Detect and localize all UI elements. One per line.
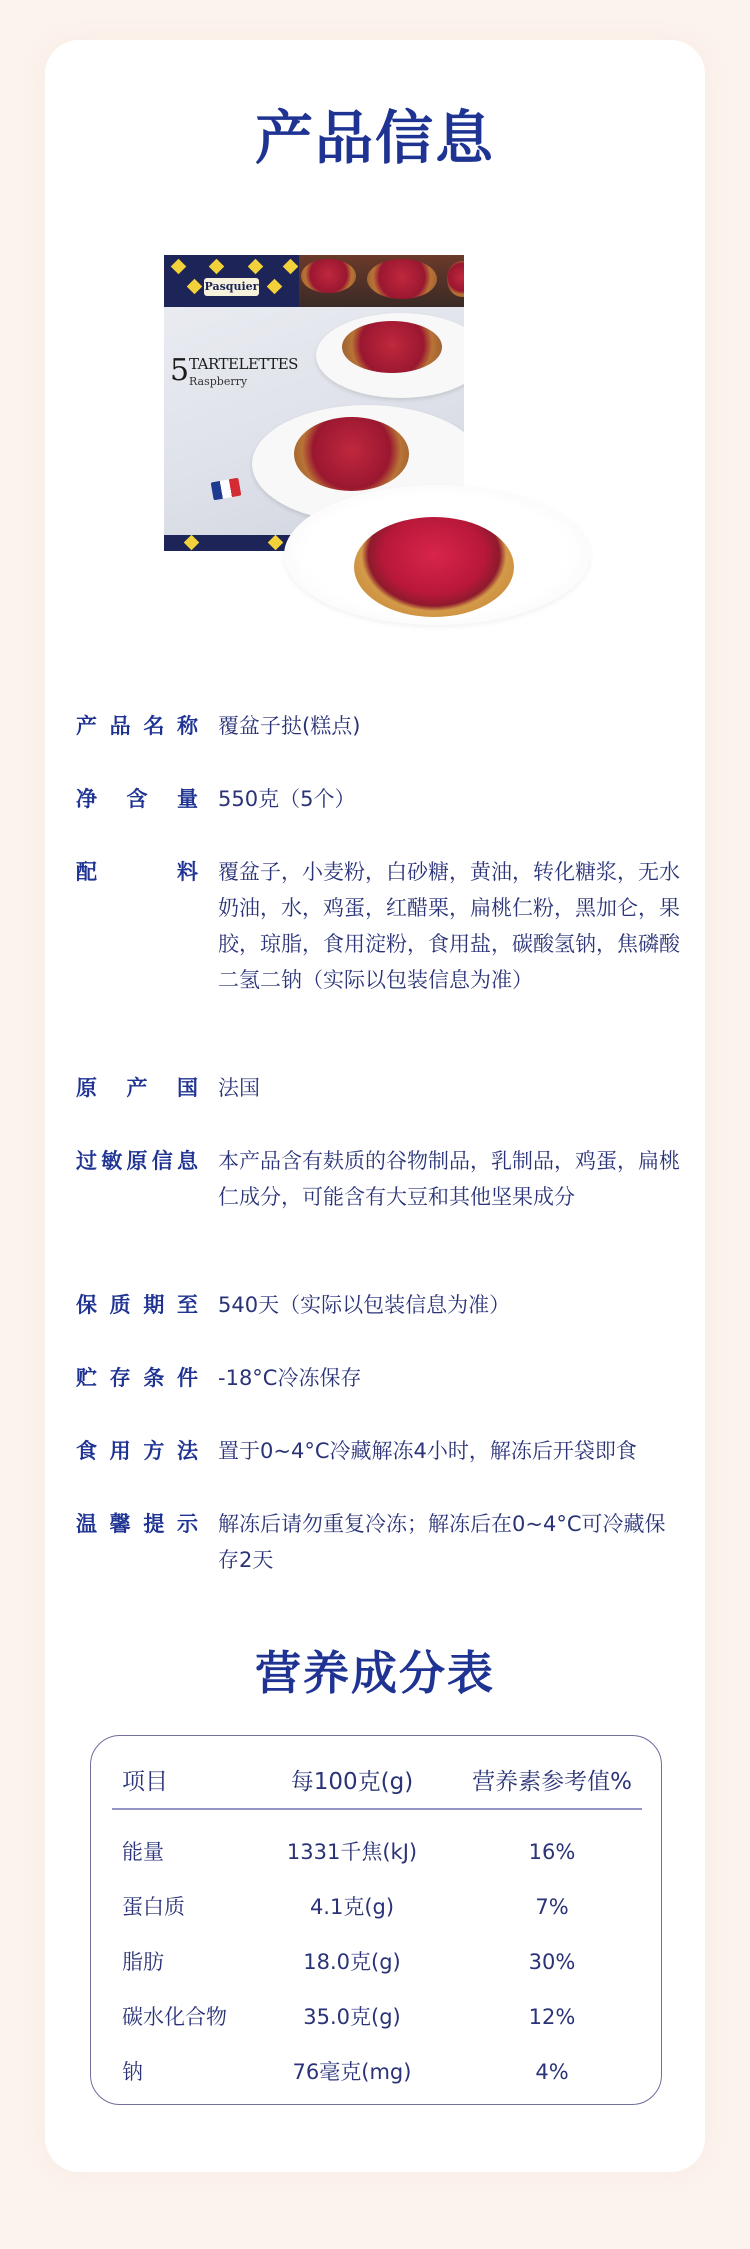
tart-image [367,259,437,299]
info-row-shelf-life: 保质期至 540天（实际以包装信息为准） [76,1287,686,1323]
nutrient-nrv: 16% [462,1832,642,1872]
info-value: 覆盆子挞(糕点) [218,708,686,744]
info-value: -18°C冷冻保存 [218,1360,686,1396]
diamond-icon [184,535,200,551]
nutrient-name: 碳水化合物 [122,1997,227,2037]
info-label: 食用方法 [76,1433,198,1469]
info-row-tips: 温馨提示 解冻后请勿重复冷冻；解冻后在0~4°C可冷藏保存2天 [76,1506,686,1578]
diamond-icon [209,259,225,275]
package-flavor: Raspberry [189,375,247,388]
table-row: 脂肪 18.0克(g) 30% [112,1942,642,1982]
diamond-icon [267,279,283,295]
product-image: Pasquier 5 TARTELETTES Raspberry [164,255,594,625]
nutrient-amount: 76毫克(mg) [257,2052,447,2092]
header-per-100g: 每100克(g) [257,1754,447,1810]
info-row-storage: 贮存条件 -18°C冷冻保存 [76,1360,686,1396]
info-label: 保质期至 [76,1287,198,1323]
info-value: 540天（实际以包装信息为准） [218,1287,686,1323]
package-header-band: Pasquier [164,255,299,307]
info-label: 贮存条件 [76,1360,198,1396]
diamond-icon [248,259,264,275]
diamond-icon [283,259,299,275]
france-flag-icon [211,478,242,501]
info-row-usage: 食用方法 置于0~4°C冷藏解冻4小时，解冻后开袋即食 [76,1433,686,1469]
package-footer-band [164,535,299,551]
nutrient-name: 钠 [122,2052,143,2092]
info-row-ingredients: 配料 覆盆子，小麦粉，白砂糖，黄油，转化糖浆，无水奶油，水，鸡蛋，红醋栗，扁桃仁… [76,854,686,998]
product-info-title: 产品信息 [0,103,750,173]
nutrient-name: 能量 [122,1832,164,1872]
nutrient-name: 蛋白质 [122,1887,185,1927]
tart-image [342,321,442,373]
info-row-net-weight: 净含量 550克（5个） [76,781,686,817]
nutrient-amount: 4.1克(g) [257,1887,447,1927]
info-label: 原产国 [76,1070,198,1106]
table-row: 碳水化合物 35.0克(g) 12% [112,1997,642,2037]
info-label: 净含量 [76,781,198,817]
info-row-product-name: 产品名称 覆盆子挞(糕点) [76,708,686,744]
nutrient-amount: 35.0克(g) [257,1997,447,2037]
info-value: 本产品含有麸质的谷物制品，乳制品，鸡蛋，扁桃仁成分，可能含有大豆和其他坚果成分 [218,1143,686,1215]
info-row-allergens: 过敏原信息 本产品含有麸质的谷物制品，乳制品，鸡蛋，扁桃仁成分，可能含有大豆和其… [76,1143,686,1215]
info-label: 温馨提示 [76,1506,198,1542]
nutrition-table-header: 项目 每100克(g) 营养素参考值% [112,1754,642,1810]
info-value: 解冻后请勿重复冷冻；解冻后在0~4°C可冷藏保存2天 [218,1506,686,1578]
table-row: 钠 76毫克(mg) 4% [112,2052,642,2092]
package-photo [299,255,464,307]
info-label: 产品名称 [76,708,198,744]
info-value: 550克（5个） [218,781,686,817]
diamond-icon [187,279,203,295]
nutrient-name: 脂肪 [122,1942,164,1982]
package-name: TARTELETTES [189,355,298,373]
table-row: 蛋白质 4.1克(g) 7% [112,1887,642,1927]
info-label: 过敏原信息 [76,1143,198,1179]
table-row: 能量 1331千焦(kJ) 16% [112,1832,642,1872]
tart-image [301,259,356,293]
info-value: 覆盆子，小麦粉，白砂糖，黄油，转化糖浆，无水奶油，水，鸡蛋，红醋栗，扁桃仁粉，黑… [218,854,686,998]
nutrient-amount: 18.0克(g) [257,1942,447,1982]
tart-image [294,417,409,491]
brand-logo: Pasquier [204,278,259,296]
nutrient-nrv: 30% [462,1942,642,1982]
package-count: 5 [170,353,189,388]
tart-image [447,261,464,297]
info-label: 配料 [76,854,198,890]
header-item: 项目 [122,1754,168,1810]
raspberry-tart-image [354,517,514,617]
nutrition-table: 项目 每100克(g) 营养素参考值% 能量 1331千焦(kJ) 16% 蛋白… [90,1735,662,2105]
header-nrv: 营养素参考值% [462,1754,642,1810]
nutrient-amount: 1331千焦(kJ) [257,1832,447,1872]
diamond-icon [268,535,284,551]
nutrient-nrv: 7% [462,1887,642,1927]
info-value: 置于0~4°C冷藏解冻4小时，解冻后开袋即食 [218,1433,686,1469]
nutrient-nrv: 4% [462,2052,642,2092]
diamond-icon [171,259,187,275]
nutrient-nrv: 12% [462,1997,642,2037]
info-row-origin: 原产国 法国 [76,1070,686,1106]
info-value: 法国 [218,1070,686,1106]
nutrition-title: 营养成分表 [0,1645,750,1701]
